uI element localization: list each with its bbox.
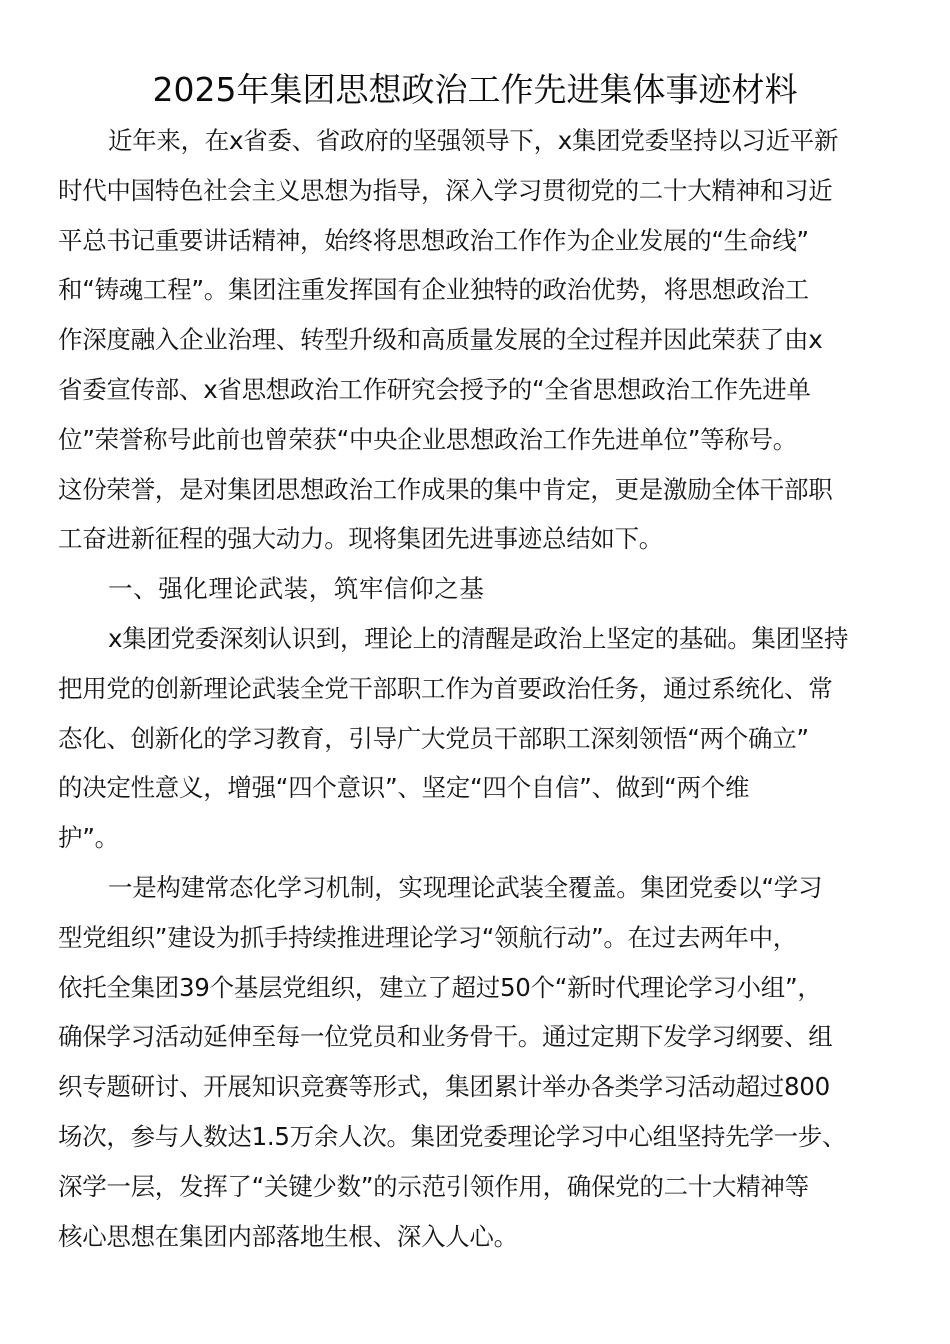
- text-line: 依托全集团39个基层党组织，建立了超过50个“新时代理论学习小组”，: [58, 963, 898, 1013]
- text-line: 和“铸魂工程”。集团注重发挥国有企业独特的政治优势，将思想政治工: [58, 265, 898, 315]
- section-heading: 一、强化理论武装，筑牢信仰之基: [58, 564, 898, 614]
- paragraph-learning-mechanism: 一是构建常态化学习机制，实现理论武装全覆盖。集团党委以“学习 型党组织”建设为抓…: [58, 863, 898, 1261]
- document-page: 2025年集团思想政治工作先进集体事迹材料 近年来，在x省委、省政府的坚强领导下…: [0, 0, 950, 1344]
- text-line: 省委宣传部、x省思想政治工作研究会授予的“全省思想政治工作先进单: [58, 365, 898, 415]
- text-line: 作深度融入企业治理、转型升级和高质量发展的全过程并因此荣获了由x: [58, 315, 898, 365]
- section-heading-text: 一、强化理论武装，筑牢信仰之基: [58, 564, 898, 614]
- paragraph-theory: x集团党委深刻认识到，理论上的清醒是政治上坚定的基础。集团坚持 把用党的创新理论…: [58, 614, 898, 863]
- paragraph-intro: 近年来，在x省委、省政府的坚强领导下，x集团党委坚持以习近平新 时代中国特色社会…: [58, 116, 898, 564]
- document-title: 2025年集团思想政治工作先进集体事迹材料: [0, 68, 950, 112]
- text-line: 近年来，在x省委、省政府的坚强领导下，x集团党委坚持以习近平新: [58, 116, 898, 166]
- document-body: 近年来，在x省委、省政府的坚强领导下，x集团党委坚持以习近平新 时代中国特色社会…: [58, 116, 898, 1261]
- text-line: 的决定性意义，增强“四个意识”、坚定“四个自信”、做到“两个维: [58, 763, 898, 813]
- text-line: 场次，参与人数达1.5万余人次。集团党委理论学习中心组坚持先学一步、: [58, 1112, 898, 1162]
- text-line: 型党组织”建设为抓手持续推进理论学习“领航行动”。在过去两年中，: [58, 913, 898, 963]
- text-line: 平总书记重要讲话精神，始终将思想政治工作作为企业发展的“生命线”: [58, 216, 898, 266]
- text-line: 工奋进新征程的强大动力。现将集团先进事迹总结如下。: [58, 514, 898, 564]
- text-line: 护”。: [58, 813, 898, 863]
- text-line: 织专题研讨、开展知识竞赛等形式，集团累计举办各类学习活动超过800: [58, 1062, 898, 1112]
- text-line: 深学一层，发挥了“关键少数”的示范引领作用，确保党的二十大精神等: [58, 1162, 898, 1212]
- text-line: 一是构建常态化学习机制，实现理论武装全覆盖。集团党委以“学习: [58, 863, 898, 913]
- text-line: 这份荣誉，是对集团思想政治工作成果的集中肯定，更是激励全体干部职: [58, 465, 898, 515]
- text-line: 位”荣誉称号此前也曾荣获“中央企业思想政治工作先进单位”等称号。: [58, 415, 898, 465]
- text-line: x集团党委深刻认识到，理论上的清醒是政治上坚定的基础。集团坚持: [58, 614, 898, 664]
- text-line: 把用党的创新理论武装全党干部职工作为首要政治任务，通过系统化、常: [58, 664, 898, 714]
- text-line: 态化、创新化的学习教育，引导广大党员干部职工深刻领悟“两个确立”: [58, 714, 898, 764]
- text-line: 时代中国特色社会主义思想为指导，深入学习贯彻党的二十大精神和习近: [58, 166, 898, 216]
- text-line: 确保学习活动延伸至每一位党员和业务骨干。通过定期下发学习纲要、组: [58, 1012, 898, 1062]
- text-line: 核心思想在集团内部落地生根、深入人心。: [58, 1212, 898, 1262]
